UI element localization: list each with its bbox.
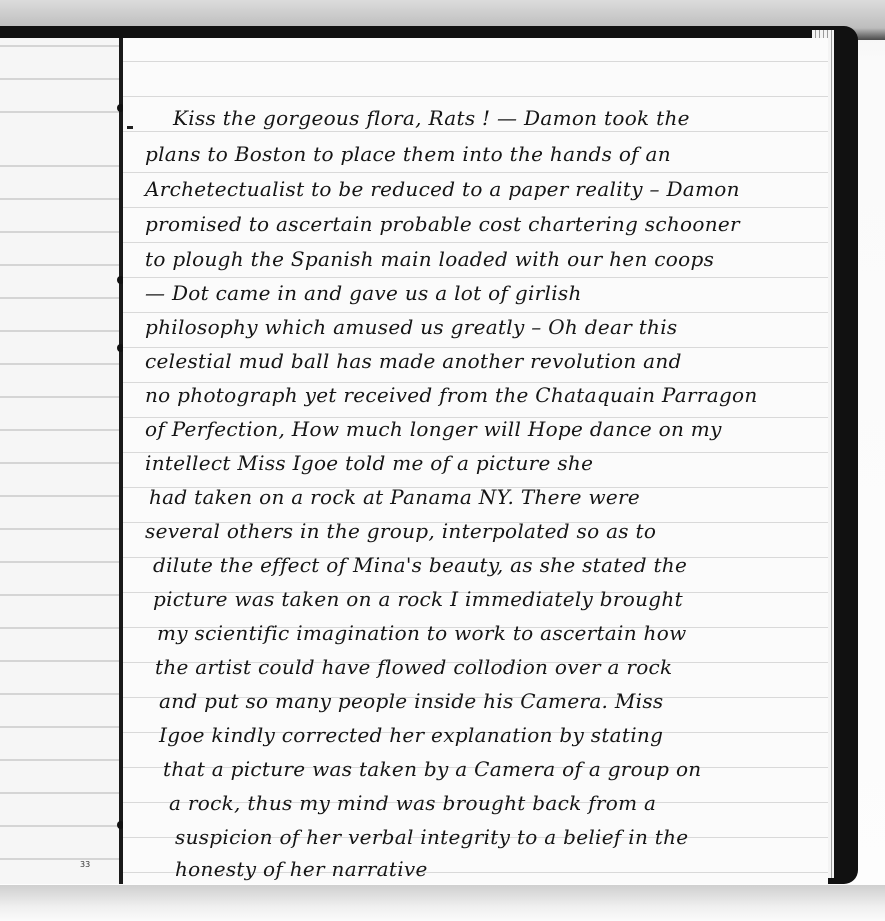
text-line: no photograph yet received from the Chat… (145, 383, 758, 407)
text-line: intellect Miss Igoe told me of a picture… (145, 451, 593, 475)
scan-bottom-shadow (0, 885, 885, 921)
text-line: picture was taken on a rock I immediatel… (153, 587, 683, 611)
text-line: had taken on a rock at Panama NY. There … (149, 485, 640, 509)
page-number: 33 (80, 860, 90, 869)
text-line: my scientific imagination to work to asc… (157, 621, 686, 645)
text-line: — Dot came in and gave us a lot of girli… (145, 281, 582, 305)
text-line: philosophy which amused us greatly – Oh … (145, 315, 678, 339)
text-line: a rock, thus my mind was brought back fr… (169, 791, 656, 815)
text-line: promised to ascertain probable cost char… (145, 212, 740, 236)
left-page (0, 38, 122, 884)
text-line: suspicion of her verbal integrity to a b… (175, 825, 688, 849)
text-line: to plough the Spanish main loaded with o… (145, 247, 714, 271)
text-line: Igoe kindly corrected her explanation by… (159, 723, 663, 747)
margin-mark (127, 126, 133, 129)
text-line: of Perfection, How much longer will Hope… (145, 417, 722, 441)
text-line: and put so many people inside his Camera… (159, 689, 663, 713)
text-line: Kiss the gorgeous flora, Rats ! — Damon … (173, 106, 690, 130)
text-line: Archetectualist to be reduced to a paper… (145, 177, 740, 201)
text-line: several others in the group, interpolate… (145, 519, 656, 543)
text-line: celestial mud ball has made another revo… (145, 349, 682, 373)
text-line: honesty of her narrative (175, 857, 428, 881)
text-line: the artist could have flowed collodion o… (155, 655, 672, 679)
text-line: plans to Boston to place them into the h… (145, 142, 671, 166)
text-line: that a picture was taken by a Camera of … (163, 757, 701, 781)
text-line: dilute the effect of Mina's beauty, as s… (153, 553, 687, 577)
